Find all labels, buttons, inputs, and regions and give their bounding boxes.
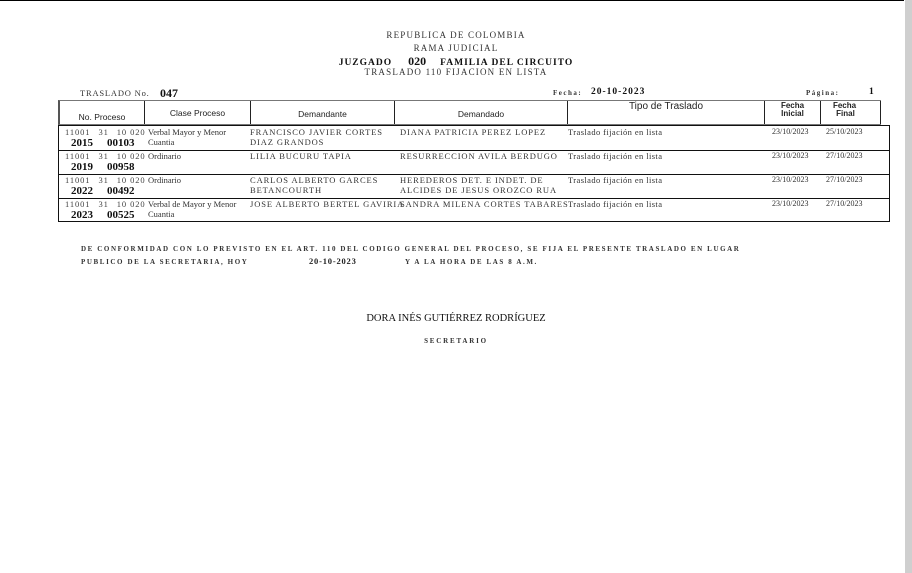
fecha-final: 27/10/2023 xyxy=(826,151,862,161)
tipo-traslado: Traslado fijación en lista xyxy=(568,199,662,209)
publico-text: PUBLICO DE LA SECRETARIA, HOY xyxy=(81,258,248,266)
proceso-radicado: 201900958 xyxy=(71,161,135,173)
fecha-inicial: 23/10/2023 xyxy=(772,151,808,161)
top-border-line xyxy=(0,0,904,1)
proceso-codigo: 110013110 020 xyxy=(65,151,146,161)
clase-proceso: Ordinario xyxy=(148,151,181,161)
fecha-inicial: 23/10/2023 xyxy=(772,199,808,209)
clase-proceso: Verbal Mayor y MenorCuantia xyxy=(148,127,226,147)
table-row: 110013110 020 202300525 Verbal de Mayor … xyxy=(59,198,889,222)
proceso-radicado: 201500103 xyxy=(71,137,135,149)
proceso-radicado: 202200492 xyxy=(71,185,135,197)
demandante: FRANCISCO JAVIER CORTESDIAZ GRANDOS xyxy=(250,127,383,147)
traslados-table: 110013110 020 201500103 Verbal Mayor y M… xyxy=(58,125,890,222)
traslado-label: TRASLADO No. xyxy=(80,88,150,98)
signer-name: DORA INÉS GUTIÉRREZ RODRÍGUEZ xyxy=(0,313,912,324)
col-header-demandante: Demandante xyxy=(251,101,395,124)
fecha-final: 27/10/2023 xyxy=(826,175,862,185)
table-row: 110013110 020 201900958 Ordinario LILIA … xyxy=(59,150,889,175)
table-header-row: No. Proceso Clase Proceso Demandante Dem… xyxy=(58,100,881,125)
tipo-traslado: Traslado fijación en lista xyxy=(568,127,662,137)
signer-role: SECRETARIO xyxy=(0,337,912,345)
pagina-value: 1 xyxy=(869,87,874,97)
col-header-clase-proceso: Clase Proceso xyxy=(145,101,251,124)
col-header-demandado: Demandado xyxy=(395,101,568,124)
col-header-tipo-traslado: Tipo de Traslado xyxy=(568,101,765,124)
table-row: 110013110 020 202200492 Ordinario CARLOS… xyxy=(59,174,889,199)
demandante: LILIA BUCURU TAPIA xyxy=(250,151,352,161)
col-header-no-proceso: No. Proceso xyxy=(60,101,145,124)
tipo-traslado: Traslado fijación en lista xyxy=(568,151,662,161)
demandante: CARLOS ALBERTO GARCESBETANCOURTH xyxy=(250,175,378,195)
proceso-codigo: 110013110 020 xyxy=(65,127,146,137)
header-republica: REPUBLICA DE COLOMBIA xyxy=(0,30,912,40)
col-header-fecha-final: FechaFinal xyxy=(821,101,881,124)
pagina-label: Página: xyxy=(806,89,839,97)
demandado: DIANA PATRICIA PEREZ LOPEZ xyxy=(400,127,546,137)
conformidad-text: DE CONFORMIDAD CON LO PREVISTO EN EL ART… xyxy=(81,245,740,253)
proceso-codigo: 110013110 020 xyxy=(65,175,146,185)
clase-proceso: Verbal de Mayor y MenorCuantia xyxy=(148,199,236,219)
vertical-scrollbar[interactable] xyxy=(905,0,912,573)
fecha-final: 27/10/2023 xyxy=(826,199,862,209)
header-rama-judicial: RAMA JUDICIAL xyxy=(0,43,912,53)
traslado-number: 047 xyxy=(160,86,178,101)
fecha-label: Fecha: xyxy=(553,89,582,97)
juzgado-number: 020 xyxy=(408,54,426,68)
table-row: 110013110 020 201500103 Verbal Mayor y M… xyxy=(59,126,889,151)
clase-proceso: Ordinario xyxy=(148,175,181,185)
hora-text: Y A LA HORA DE LAS 8 A.M. xyxy=(405,258,538,266)
fecha-final: 25/10/2023 xyxy=(826,127,862,137)
footer-date: 20-10-2023 xyxy=(309,256,357,266)
demandado: RESURRECCION AVILA BERDUGO xyxy=(400,151,558,161)
demandado: HEREDEROS DET. E INDET. DEALCIDES DE JES… xyxy=(400,175,557,195)
demandado: SANDRA MILENA CORTES TABARES xyxy=(400,199,569,209)
fecha-inicial: 23/10/2023 xyxy=(772,127,808,137)
proceso-radicado: 202300525 xyxy=(71,209,135,221)
fecha-value: 20-10-2023 xyxy=(591,87,645,97)
proceso-codigo: 110013110 020 xyxy=(65,199,146,209)
header-traslado-title: TRASLADO 110 FIJACION EN LISTA xyxy=(0,67,912,77)
demandante: JOSE ALBERTO BERTEL GAVIRIA xyxy=(250,199,404,209)
tipo-traslado: Traslado fijación en lista xyxy=(568,175,662,185)
fecha-inicial: 23/10/2023 xyxy=(772,175,808,185)
